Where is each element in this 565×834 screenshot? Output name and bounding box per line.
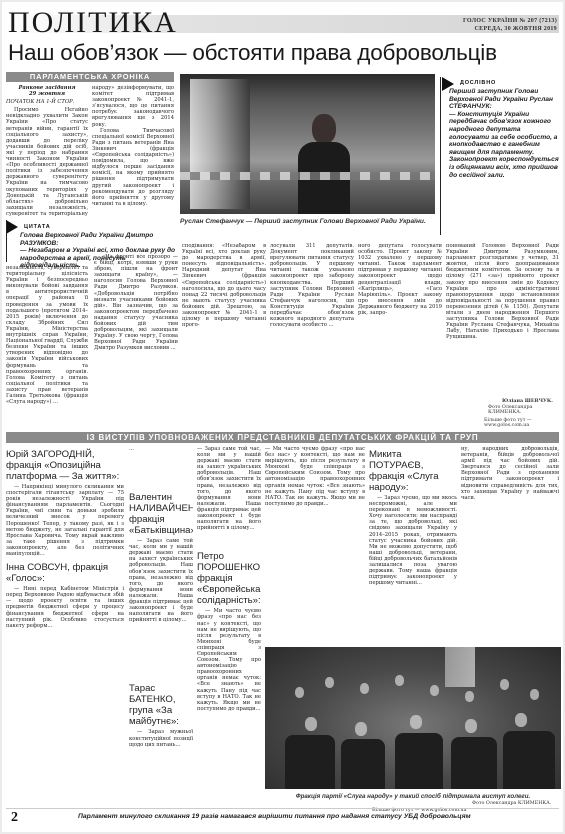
speech-col2: ... Валентин НАЛИВАЙЧЕНКО, фракція «Бать…	[129, 446, 193, 806]
page-number: 2	[11, 810, 18, 826]
speaker-poroshenko: Петро ПОРОШЕНКО, фракція «Європейська со…	[197, 551, 261, 606]
speech-text: — Наприкінці минулого скликання ми спост…	[6, 484, 124, 557]
speech-col3: — Зараз саме той час, коли ми у нашій де…	[197, 446, 261, 806]
byline-photo: Фото Олександра КЛИМЕНКА.	[488, 405, 563, 415]
issue-number: ГОЛОС УКРАЇНИ № 207 (7213)	[463, 17, 557, 25]
photo-caption: Руслан Стефанчук — Перший заступник Голо…	[180, 218, 435, 225]
newspaper-page: ПОЛІТИКА ГОЛОС УКРАЇНИ № 207 (7213) СЕРЕ…	[2, 2, 563, 832]
speaker-batenko: Тарас БАТЕНКО, група «За майбутнє»:	[129, 683, 193, 727]
article-col3: сподівання: «Незабаром в Україні всі, хт…	[182, 243, 266, 426]
byline-more-photos[interactable]: Більше фото тут — www.golos.com.ua	[484, 418, 563, 428]
photo-person	[298, 114, 350, 214]
article-col1: незалежність, суверенітет та територіаль…	[6, 265, 88, 425]
quote-text: — Конституція України передбачає обов’яз…	[449, 111, 559, 179]
chronicle-paragraph: Голова Тимчасової спеціальної комісії Ве…	[92, 128, 174, 207]
quote-right-body: Перший заступник Голови Верховної Ради У…	[449, 88, 559, 179]
page-headline: Наш обов’язок — обстояти права доброволь…	[8, 40, 497, 66]
quote-label: ЦИТАТА	[24, 224, 50, 230]
quote-speaker: Перший заступник Голови Верховної Ради У…	[449, 88, 559, 111]
chronicle-paragraph: народу» дезінформувати, що комітет підтр…	[92, 85, 174, 128]
dateline-date: 29 жовтня	[6, 91, 88, 97]
speech-col4: — Ми часто чуємо фразу «про нас без нас»…	[265, 446, 365, 644]
chronicle-paragraph: Просимо Нєгайно невідкладно ухвалити Зак…	[6, 107, 88, 217]
article-col4: лосували 311 депутатів. Документ поклика…	[270, 243, 354, 426]
chronicle-col2: народу» дезінформувати, що комітет підтр…	[92, 85, 174, 217]
speech-text: — Ми часто чуємо фразу «про нас без нас»…	[197, 608, 261, 712]
photo-flag	[445, 647, 475, 687]
section-bar-speeches: ІЗ ВИСТУПІВ УПОВНОВАЖЕНИХ ПРЕДСТАВНИКІВ …	[6, 432, 559, 443]
speaker-nalyvaichenko: Валентин НАЛИВАЙЧЕНКО, фракція «Батьківщ…	[129, 492, 193, 536]
byline-author: Юліана ШЕВЧУК.	[502, 398, 553, 404]
photo-background	[190, 79, 250, 209]
footer-rule	[6, 808, 559, 809]
issue-info: ГОЛОС УКРАЇНИ № 207 (7213) СЕРЕДА, 30 ЖО…	[463, 17, 557, 33]
group-photo-caption: Фракція партії «Слуга народу» у такий сп…	[265, 793, 561, 800]
speaker-poturaev: Микита ПОТУРАЄВ, фракція «Слуга народу»:	[369, 449, 457, 493]
speech-col6: ну, народних добровольців, ветеранів, бі…	[461, 446, 559, 644]
quote-flag-icon	[6, 220, 18, 234]
chronicle-col1: Ранкове засідання 29 жовтня ПОЧАТОК НА 1…	[6, 85, 88, 217]
quote-speaker: Голова Верховної Ради України Дмитро РАЗ…	[20, 232, 180, 247]
photo-stefanchuk	[180, 74, 435, 214]
speech-text: — Зараз мужньої конституційної позиції щ…	[129, 729, 193, 747]
footer-tagline: Парламент минулого скликання 19 разів на…	[78, 813, 471, 820]
continuation-note: ПОЧАТОК НА 1-Й СТОР.	[6, 99, 88, 105]
quote-rule	[6, 220, 7, 262]
group-photo-credit: Фото Олександра КЛИМЕНКА.	[472, 801, 551, 806]
quote-rule	[440, 77, 441, 235]
article-col6: понований Головою Верховної Ради України…	[446, 243, 559, 397]
article-col5: ного депутата голосувати особисто. Проек…	[358, 243, 442, 426]
speaker-zagorodnii: Юрій ЗАГОРОДНІЙ, фракція «Опозиційна пла…	[6, 449, 124, 482]
speaker-sovsun: Інна СОВСУН, фракція «Голос»:	[6, 562, 124, 584]
speech-text: — Зараз чуємо, що ми якось неспроможні, …	[369, 495, 457, 586]
photo-ornament	[180, 172, 435, 180]
speech-text: — Нині перед Кабінетом Міністрів і перед…	[6, 586, 124, 629]
speech-text: — Зараз саме той час, коли ми у нашій де…	[129, 538, 193, 623]
section-bar-chronicle: ПАРЛАМЕНТСЬКА ХРОНІКА	[6, 72, 174, 82]
quote-label: ДОСЛІВНО	[460, 80, 496, 86]
speech-col5: Микита ПОТУРАЄВ, фракція «Слуга народу»:…	[369, 446, 457, 644]
article-col2: «На фронті все прозоро — є бійці, котрі,…	[94, 254, 178, 426]
rubric-title: ПОЛІТИКА	[8, 8, 178, 38]
photo-servant-of-people-faction	[265, 647, 561, 789]
speech-col1: Юрій ЗАГОРОДНІЙ, фракція «Опозиційна пла…	[6, 446, 124, 806]
issue-date: СЕРЕДА, 30 ЖОВТНЯ 2019	[463, 25, 557, 33]
